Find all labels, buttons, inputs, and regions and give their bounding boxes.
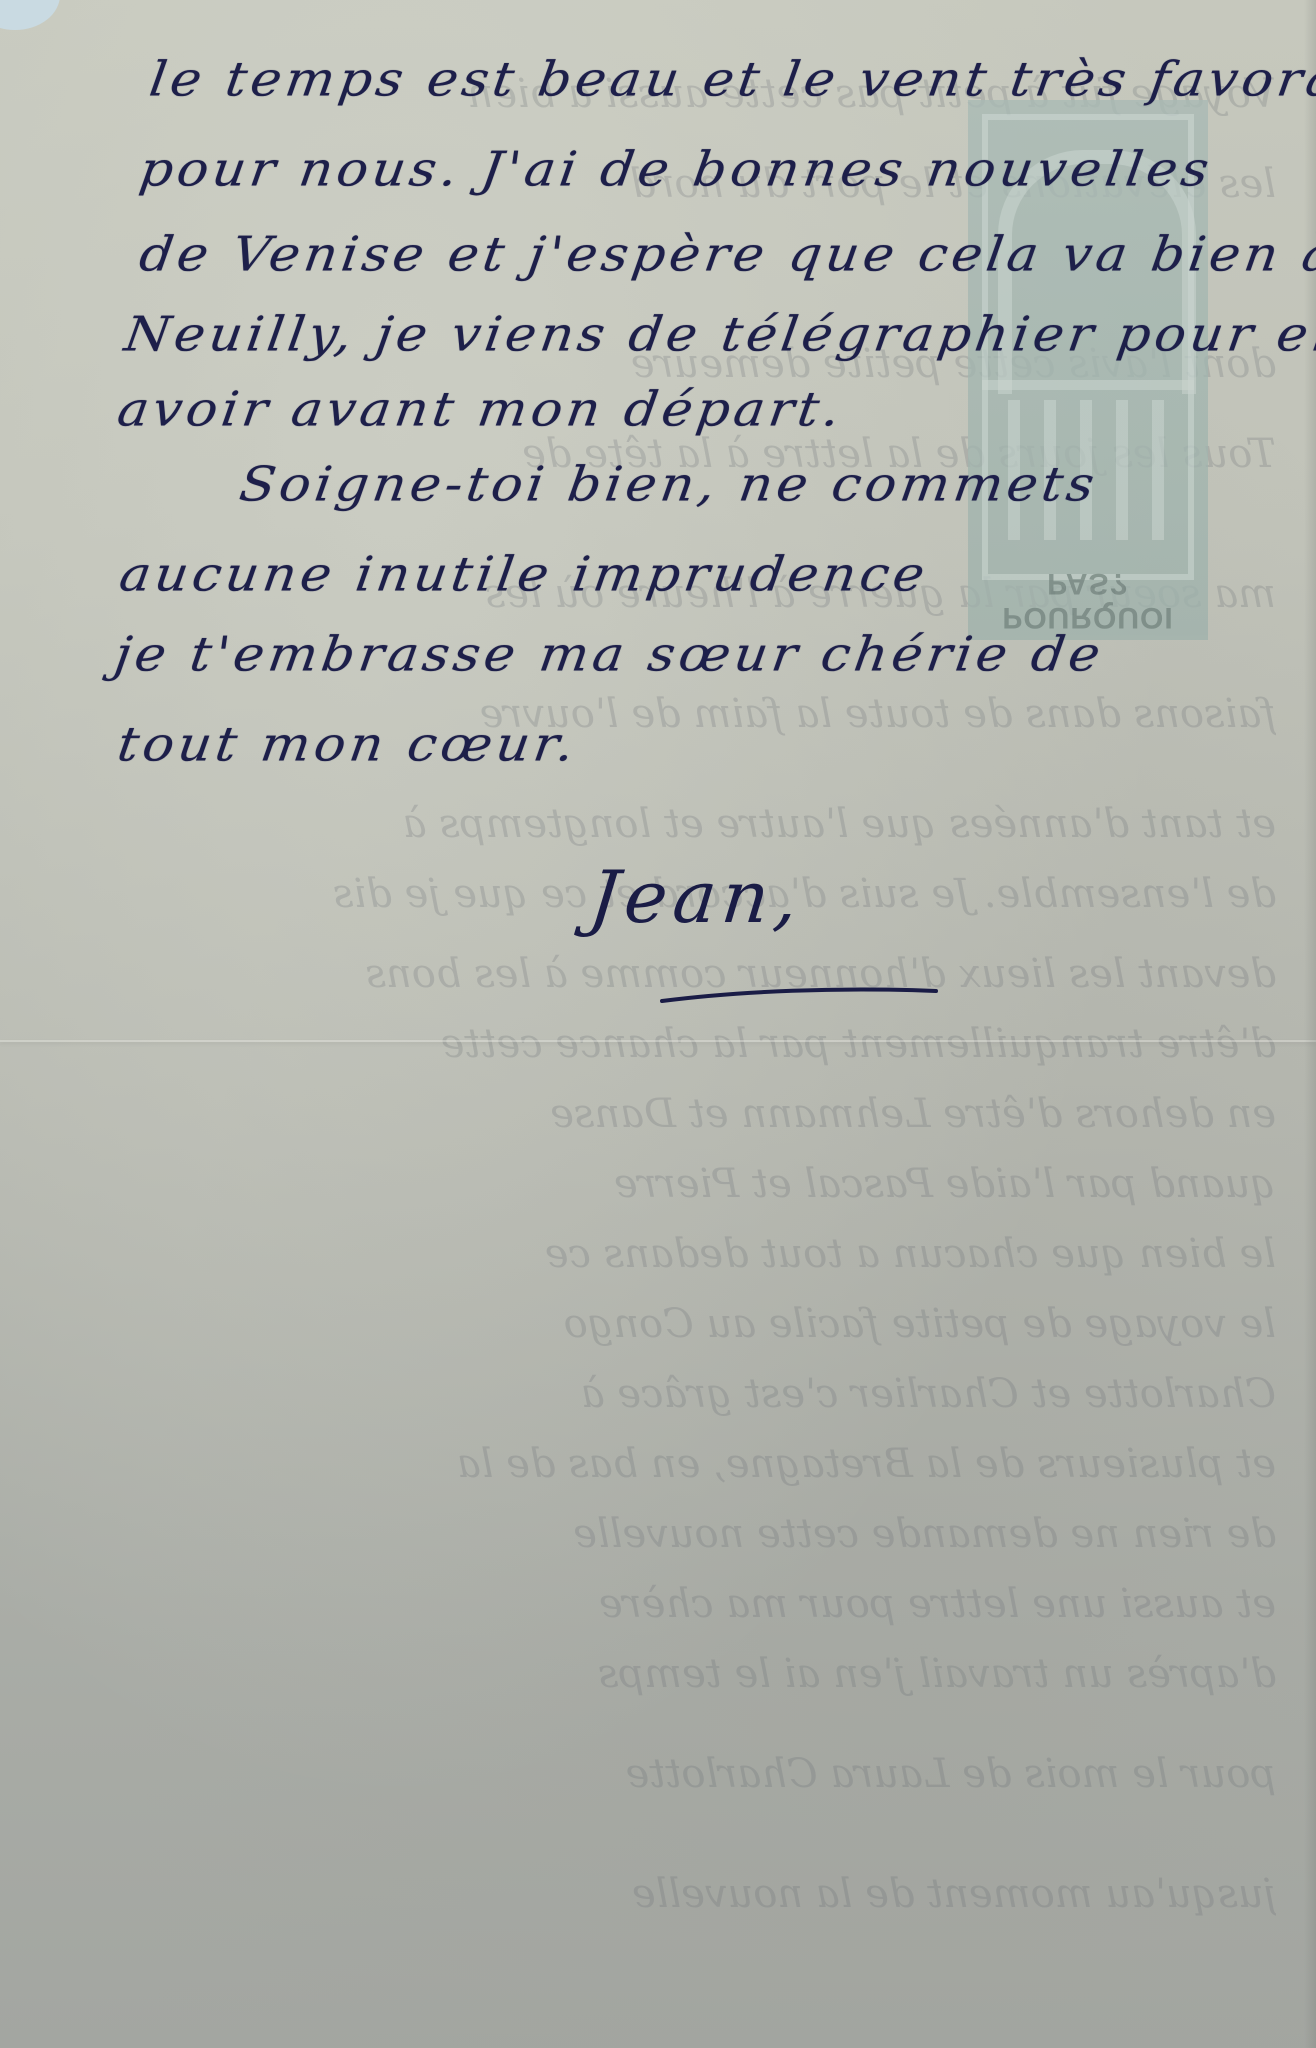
letter-line: Neuilly, je viens de télégraphier pour e…: [121, 307, 1316, 362]
letter-line: de Venise et j'espère que cela va bien à: [136, 227, 1316, 282]
signature-underline: [660, 985, 940, 1005]
letter-line: avoir avant mon départ.: [114, 382, 847, 437]
letter-line: le temps est beau et le vent très favora…: [146, 52, 1316, 107]
letter-line: je t'embrasse ma sœur chérie de: [111, 627, 1107, 682]
letter-line: Soigne-toi bien, ne commets: [236, 457, 1101, 512]
letter-line: aucune inutile imprudence: [116, 547, 932, 602]
signature: Jean,: [586, 855, 808, 939]
letter-body: le temps est beau et le vent très favora…: [0, 0, 1316, 1100]
letter-line: tout mon cœur.: [114, 717, 581, 772]
letter-line: pour nous. J'ai de bonnes nouvelles: [136, 142, 1216, 197]
